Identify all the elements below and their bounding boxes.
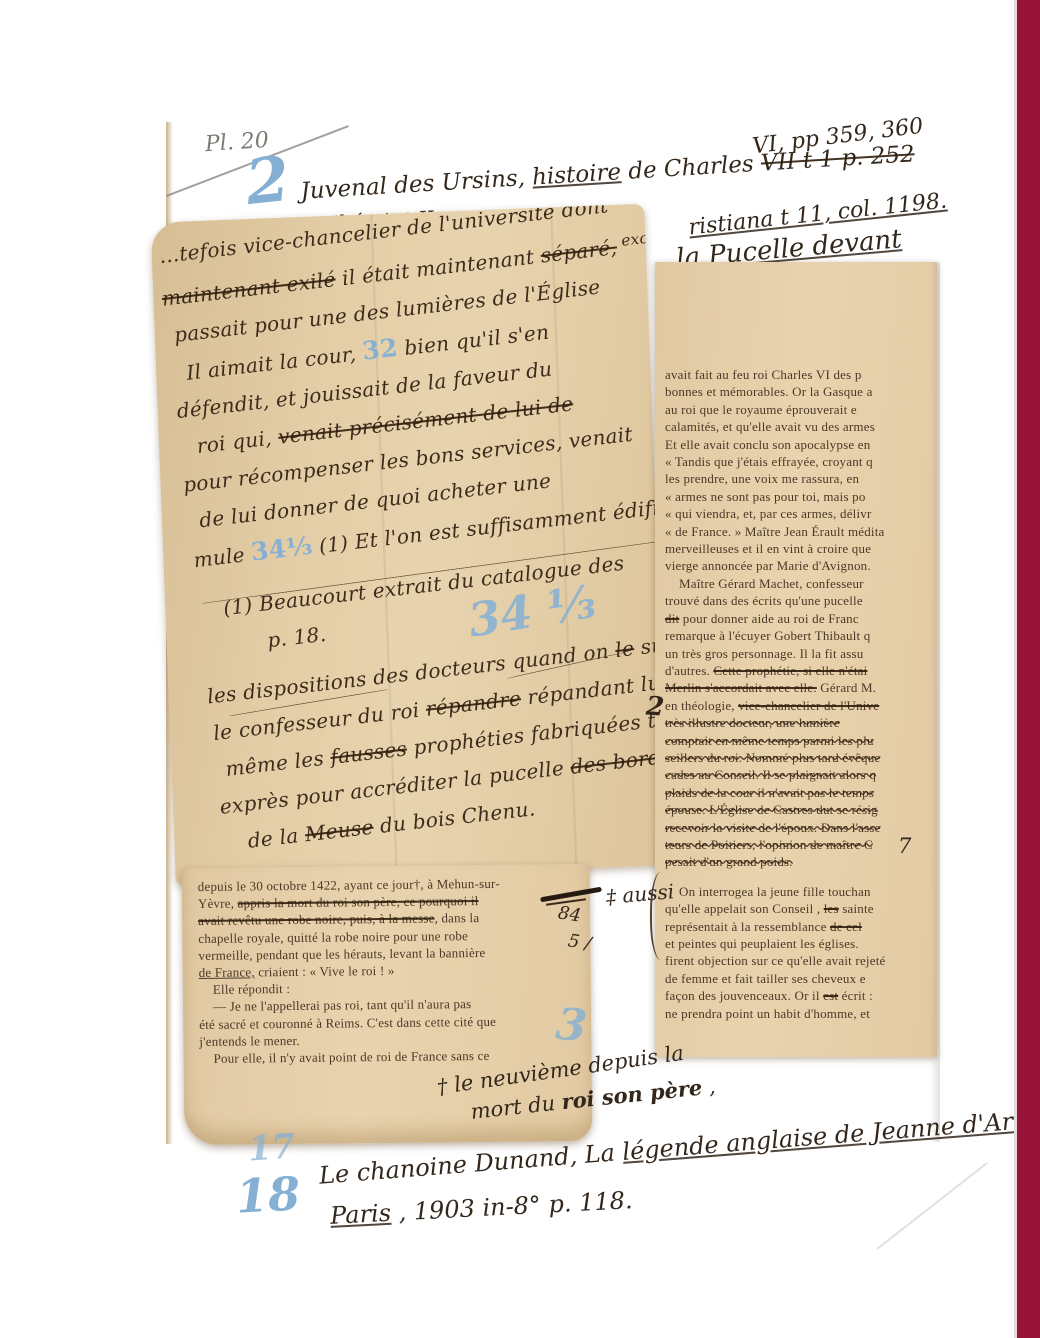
bibliography-line2: Paris , 1903 in-8° p. 118.	[329, 1186, 633, 1230]
text-segment: en théologie,	[665, 698, 738, 713]
text-segment: répandre	[424, 686, 522, 721]
print-line: remarque à l'écuyer Gobert Thibault q	[665, 627, 937, 644]
print-line: en théologie, vice-chancelier de l'Unive	[665, 697, 937, 714]
text-segment: depuis le 30 octobre 1422, ayant ce jour…	[198, 876, 500, 894]
print-line: les prendre, une voix me rassura, en	[665, 470, 937, 487]
text-segment: Yèvre,	[198, 896, 238, 911]
text-segment: de cel	[830, 919, 862, 934]
text-segment: p. 18.	[266, 621, 327, 652]
page-fold-shadow	[930, 262, 940, 1142]
print-line: « qui viendra, et, par ces armes, délivr	[665, 505, 937, 522]
text-segment: façon des jouvenceaux. Or il	[665, 988, 823, 1003]
page-corner-crease	[876, 1162, 988, 1250]
text-segment: , 1903 in-8° p. 118.	[390, 1186, 633, 1227]
text-segment: de Charles	[620, 151, 761, 186]
printed-clipping-right: avait fait au feu roi Charles VI des pbo…	[655, 262, 937, 1057]
text-segment: de la	[246, 822, 306, 852]
archival-document-photo: Pl. 20 2 Juvenal des Ursins, histoire de…	[0, 0, 1040, 1338]
margin-number-84: 84	[556, 902, 582, 926]
blue-number-17: 17	[247, 1126, 297, 1169]
text-segment: un très gros personnage. Il la fit assu	[665, 646, 863, 661]
text-segment: ne prendra point un habit d'homme, et	[665, 1006, 870, 1021]
manuscript-paper: …tefois vice-chancelier de l'université …	[150, 204, 669, 884]
print-line: Maître Gérard Machet, confesseur	[665, 575, 937, 592]
text-segment: au roi que le royaume éprouverait e	[665, 402, 857, 417]
print-line: trouvé dans des écrits qu'une pucelle	[665, 592, 937, 609]
text-segment: Pour elle, il n'y avait point de roi de …	[213, 1048, 489, 1066]
text-segment: « de France. » Maître Jean Érault médita	[665, 524, 885, 539]
print-line: « armes ne sont pas pour toi, mais po	[665, 488, 937, 505]
print-line: comptait en même temps parmi les plu	[665, 732, 937, 749]
text-segment: chapelle royale, quitté la robe noire po…	[198, 928, 468, 946]
text-segment: est	[823, 988, 838, 1003]
text-segment: exclus,	[615, 226, 669, 251]
text-segment: teurs de Poitiers, l'opinion de maître C	[665, 837, 873, 852]
red-cover-edge	[1017, 0, 1040, 1338]
text-segment: mule	[192, 541, 252, 571]
print-line: merveilleuses et il en vint à croire que	[665, 540, 937, 557]
text-segment: légende anglaise de Jeanne d'Arc	[621, 1106, 1027, 1166]
text-segment: écrit :	[838, 988, 873, 1003]
print-line: calamités, et qu'elle avait vu des armes	[665, 418, 937, 435]
text-segment: 34⅓	[249, 530, 313, 566]
text-segment: On interrogea la jeune fille touchan	[679, 884, 871, 899]
print-line: un très gros personnage. Il la fit assu	[665, 645, 937, 662]
text-segment: dit	[665, 611, 679, 626]
print-line: « de France. » Maître Jean Érault médita	[665, 523, 937, 540]
margin-note-number: 7	[898, 834, 911, 858]
text-segment: , dans la	[434, 910, 479, 925]
print-line: cades au Conseil. Il se plaignait alors …	[665, 766, 937, 783]
text-segment: Le chanoine Dunand, La	[318, 1138, 624, 1190]
print-line: bonnes et mémorables. Or la Gasque a	[665, 383, 937, 400]
margin-mark: 2	[645, 691, 665, 722]
text-segment: épouse. L'Église de Castres dut se résig	[665, 802, 878, 817]
text-segment: calamités, et qu'elle avait vu des armes	[665, 419, 875, 434]
print-line: Merlin s'accordait avec elle. Gérard M.	[665, 679, 937, 696]
clipping-text-column: avait fait au feu roi Charles VI des pbo…	[665, 366, 937, 1022]
text-segment: Et elle avait conclu son apocalypse en	[665, 437, 870, 452]
text-segment: seillers du roi. Nommé plus tard évêque	[665, 750, 880, 765]
text-segment: criaient : « Vive le roi ! »	[255, 963, 395, 979]
text-segment: roi qui,	[195, 425, 279, 458]
print-line: épouse. L'Église de Castres dut se résig	[665, 801, 937, 818]
text-segment: firent objection sur ce qu'elle avait re…	[665, 953, 886, 968]
blue-index-number: 2	[242, 142, 293, 219]
text-segment: de France,	[199, 964, 255, 980]
print-line: représentait à la ressemblance de cel	[665, 918, 937, 935]
text-segment: comptait en même temps parmi les plu	[665, 733, 874, 748]
text-segment: recevoir la visite de l'époux. Dans l'as…	[665, 820, 881, 835]
text-segment: remarque à l'écuyer Gobert Thibault q	[665, 628, 871, 643]
text-segment: représentait à la ressemblance	[665, 919, 830, 934]
print-line: et peintes qui peuplaient les églises.	[665, 935, 937, 952]
text-segment: « Tandis que j'étais effrayée, croyant q	[665, 454, 873, 469]
print-line: recevoir la visite de l'époux. Dans l'as…	[665, 819, 937, 836]
text-segment: appris la mort du roi son père, ce pourq…	[238, 893, 479, 911]
text-segment: vermeille, pendant que les hérauts, leva…	[198, 945, 485, 963]
text-segment: bonnes et mémorables. Or la Gasque a	[665, 384, 873, 399]
text-segment: séparé,	[539, 235, 618, 268]
print-line: de femme et fait tailler ses cheveux e	[665, 970, 937, 987]
print-line: d'autres. Cette prophétie, si elle n'éta…	[665, 662, 937, 679]
text-segment: trouvé dans des écrits qu'une pucelle	[665, 593, 863, 608]
text-segment: fausses	[329, 736, 408, 769]
text-segment: avait fait au feu roi Charles VI des p	[665, 367, 862, 382]
text-segment: pesait d'un grand poids.	[665, 854, 793, 869]
blue-number-3: 3	[553, 999, 589, 1053]
text-segment: Gérard M.	[817, 680, 876, 695]
text-segment: de femme et fait tailler ses cheveux e	[665, 971, 866, 986]
print-line: On interrogea la jeune fille touchan	[665, 883, 937, 900]
text-segment: pour donner aide au roi de Franc	[679, 611, 859, 626]
text-segment: Meuse	[304, 814, 375, 846]
text-segment: et peintes qui peuplaient les églises.	[665, 936, 859, 951]
print-line: vierge annoncée par Marie d'Avignon.	[665, 557, 937, 574]
text-segment: j'entends le mener.	[199, 1033, 300, 1049]
print-line: teurs de Poitiers, l'opinion de maître C	[665, 836, 937, 853]
print-line: dit pour donner aide au roi de Franc	[665, 610, 937, 627]
blue-number-18: 18	[235, 1166, 302, 1223]
text-segment: avait revêtu une robe noire, puis, à la …	[198, 911, 435, 928]
print-line: ne prendra point un habit d'homme, et	[665, 1005, 937, 1022]
text-segment: cades au Conseil. Il se plaignait alors …	[665, 767, 876, 782]
print-line: pesait d'un grand poids.	[665, 853, 937, 870]
text-segment: Merlin s'accordait avec elle.	[665, 680, 817, 695]
text-segment: vierge annoncée par Marie d'Avignon.	[665, 558, 871, 573]
text-segment: d'autres.	[665, 663, 713, 678]
margin-number-5: 5 /	[567, 930, 593, 954]
print-line: firent objection sur ce qu'elle avait re…	[665, 952, 937, 969]
text-segment: merveilleuses et il en vint à croire que	[665, 541, 871, 556]
text-segment: plaids de la cour il n'avait pas le temp…	[665, 785, 874, 800]
text-segment: Elle répondit :	[213, 981, 291, 997]
text-segment: « armes ne sont pas pour toi, mais po	[665, 489, 866, 504]
text-segment: été sacré et couronné à Reims. C'est dan…	[199, 1013, 496, 1031]
text-segment: qu'elle appelait son Conseil ,	[665, 901, 824, 916]
print-line: Et elle avait conclu son apocalypse en	[665, 436, 937, 453]
print-line: « Tandis que j'étais effrayée, croyant q	[665, 453, 937, 470]
text-segment: Cette prophétie, si elle n'étai	[713, 663, 867, 678]
clipping-text-block: depuis le 30 octobre 1422, ayant ce jour…	[198, 874, 593, 1068]
text-segment: même les	[224, 745, 332, 781]
print-line: seillers du roi. Nommé plus tard évêque	[665, 749, 937, 766]
text-segment: « qui viendra, et, par ces armes, délivr	[665, 506, 872, 521]
manuscript-text: …tefois vice-chancelier de l'université …	[155, 204, 669, 862]
print-line: façon des jouvenceaux. Or il est écrit :	[665, 987, 937, 1004]
text-segment: Juvenal des Ursins,	[300, 165, 533, 205]
text-segment: les prendre, une voix me rassura, en	[665, 471, 859, 486]
text-segment: Paris	[329, 1199, 391, 1230]
text-segment: 32	[361, 333, 399, 366]
text-segment: les	[824, 901, 839, 916]
text-segment: très illustre docteur, une lumière	[665, 715, 840, 730]
print-line: au roi que le royaume éprouverait e	[665, 401, 937, 418]
text-segment: Maître Gérard Machet, confesseur	[679, 576, 864, 591]
print-line: très illustre docteur, une lumière	[665, 714, 937, 731]
text-segment: ,	[701, 1074, 717, 1099]
text-segment: histoire	[531, 159, 621, 190]
print-line: plaids de la cour il n'avait pas le temp…	[665, 784, 937, 801]
print-line: avait fait au feu roi Charles VI des p	[665, 366, 937, 383]
text-segment: sainte	[839, 901, 874, 916]
text-segment: — Je ne l'appellerai pas roi, tant qu'il…	[213, 997, 472, 1015]
text-segment: vice-chancelier de l'Unive	[738, 698, 879, 713]
print-line: qu'elle appelait son Conseil , les saint…	[665, 900, 937, 917]
manuscript-paragraph: …tefois vice-chancelier de l'université …	[155, 204, 669, 579]
